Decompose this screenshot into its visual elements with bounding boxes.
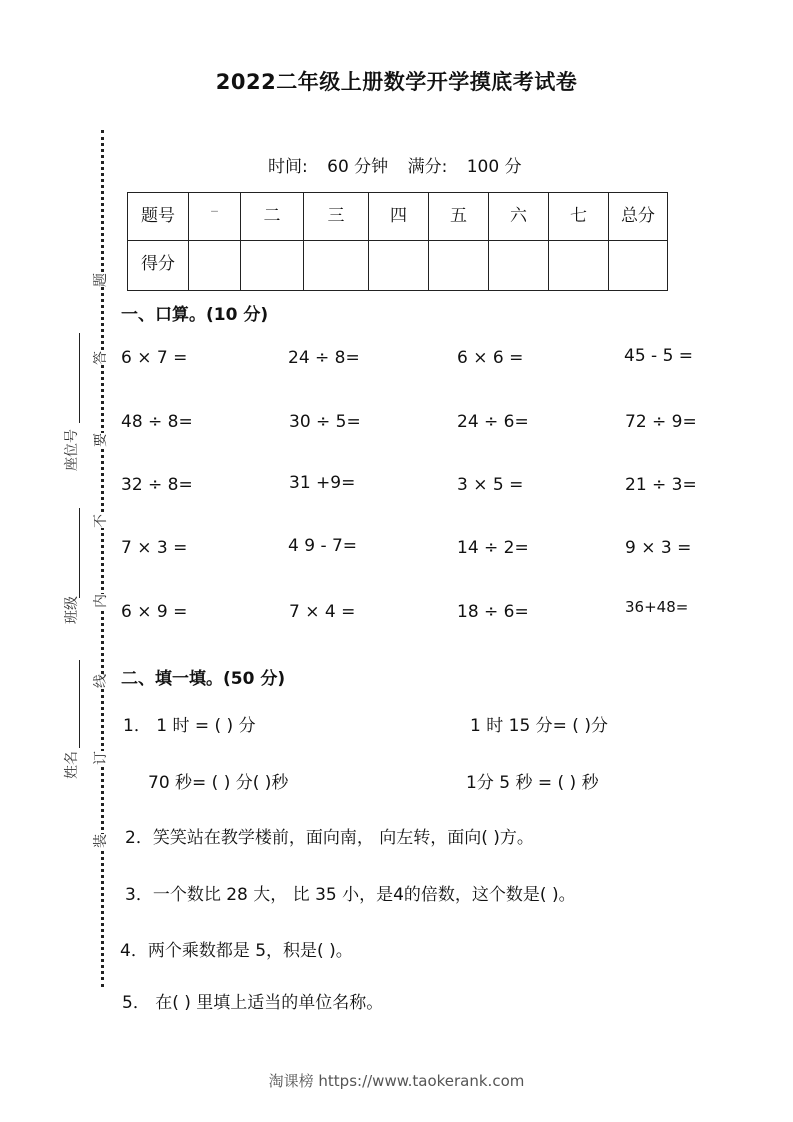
fill-question-2: 2．笑笑站在教学楼前，面向南， 向左转，面向( )方。 [125,823,534,848]
fill-question-5: 5． 在( ) 里填上适当的单位名称。 [122,988,383,1013]
arith-item: 6 × 9 = [121,602,187,622]
arith-item: 30 ÷ 5= [289,412,361,432]
time-label: 时间: [268,157,308,177]
arith-item: 9 × 3 = [625,538,691,558]
score-input-cell[interactable] [609,241,668,291]
seal-char: 不 [93,514,109,528]
arith-item: 72 ÷ 9= [625,412,697,432]
fill-question-4: 4．两个乘数都是 5，积是( )。 [120,936,353,961]
time-value: 60 分钟 [327,157,388,177]
arith-item: 45 - 5 = [624,346,693,366]
cell: 六 [489,193,549,241]
footer-watermark: 淘课榜 https://www.taokerank.com [0,1070,793,1091]
full-score-value: 100 分 [467,157,522,177]
page-title: 2022二年级上册数学开学摸底考试卷 [0,66,793,96]
full-score-label: 满分: [408,157,448,177]
arith-item: 7 × 3 = [121,538,187,558]
class-label: 班级 [61,596,81,624]
score-input-cell[interactable] [189,241,241,291]
exam-meta: 时间: 60 分钟 满分: 100 分 [268,152,536,177]
cell: 三 [304,193,369,241]
seal-char: 线 [93,674,109,688]
arith-item: 24 ÷ 8= [288,348,360,368]
arith-item: 18 ÷ 6= [457,602,529,622]
score-table-score-row: 得分 [128,241,668,291]
seal-char: 要 [93,433,109,447]
score-input-cell[interactable] [304,241,369,291]
seal-char: 内 [93,594,109,608]
cell: 五 [429,193,489,241]
score-input-cell[interactable] [489,241,549,291]
fill-question-1a: 1． 1 时 = ( ) 分 [123,711,256,736]
arith-item: 36+48= [625,598,688,616]
arith-item: 24 ÷ 6= [457,412,529,432]
fill-question-3: 3．一个数比 28 大， 比 35 小，是4的倍数，这个数是( )。 [125,880,576,905]
section1-heading: 一、口算。(10 分) [121,300,268,325]
fill-question-1c: 70 秒= ( ) 分( )秒 [148,768,288,793]
arith-item: 3 × 5 = [457,475,523,495]
section2-heading: 二、填一填。(50 分) [121,664,285,689]
arith-item: 7 × 4 = [289,602,355,622]
arith-item: 48 ÷ 8= [121,412,193,432]
score-table-header-row: 题号 – 二 三 四 五 六 七 总分 [128,193,668,241]
class-underline[interactable] [79,508,80,598]
seal-char: 装 [93,834,109,848]
arith-item: 4 9 - 7= [288,536,357,556]
cell: 七 [549,193,609,241]
score-input-cell[interactable] [429,241,489,291]
name-label: 姓名 [61,751,81,779]
arith-item: 31 +9= [289,473,355,493]
seal-char: 答 [93,351,109,365]
cell: 四 [369,193,429,241]
score-input-cell[interactable] [369,241,429,291]
binding-dotted-line [101,130,104,987]
seat-number-label: 座位号 [61,429,81,471]
score-input-cell[interactable] [549,241,609,291]
seat-number-underline[interactable] [79,333,80,423]
score-table: 题号 – 二 三 四 五 六 七 总分 得分 [127,192,668,291]
seal-char: 题 [93,273,109,287]
fill-question-1b: 1 时 15 分= ( )分 [470,711,608,736]
name-underline[interactable] [79,660,80,748]
arith-item: 6 × 7 = [121,348,187,368]
cell: 总分 [609,193,668,241]
arith-item: 21 ÷ 3= [625,475,697,495]
arith-item: 6 × 6 = [457,348,523,368]
cell: 二 [241,193,304,241]
arith-item: 14 ÷ 2= [457,538,529,558]
score-input-cell[interactable] [241,241,304,291]
seal-char: 订 [93,751,109,765]
arith-item: 32 ÷ 8= [121,475,193,495]
cell: 得分 [128,241,189,291]
cell: 题号 [128,193,189,241]
fill-question-1d: 1分 5 秒 = ( ) 秒 [466,768,599,793]
cell: – [189,193,241,241]
